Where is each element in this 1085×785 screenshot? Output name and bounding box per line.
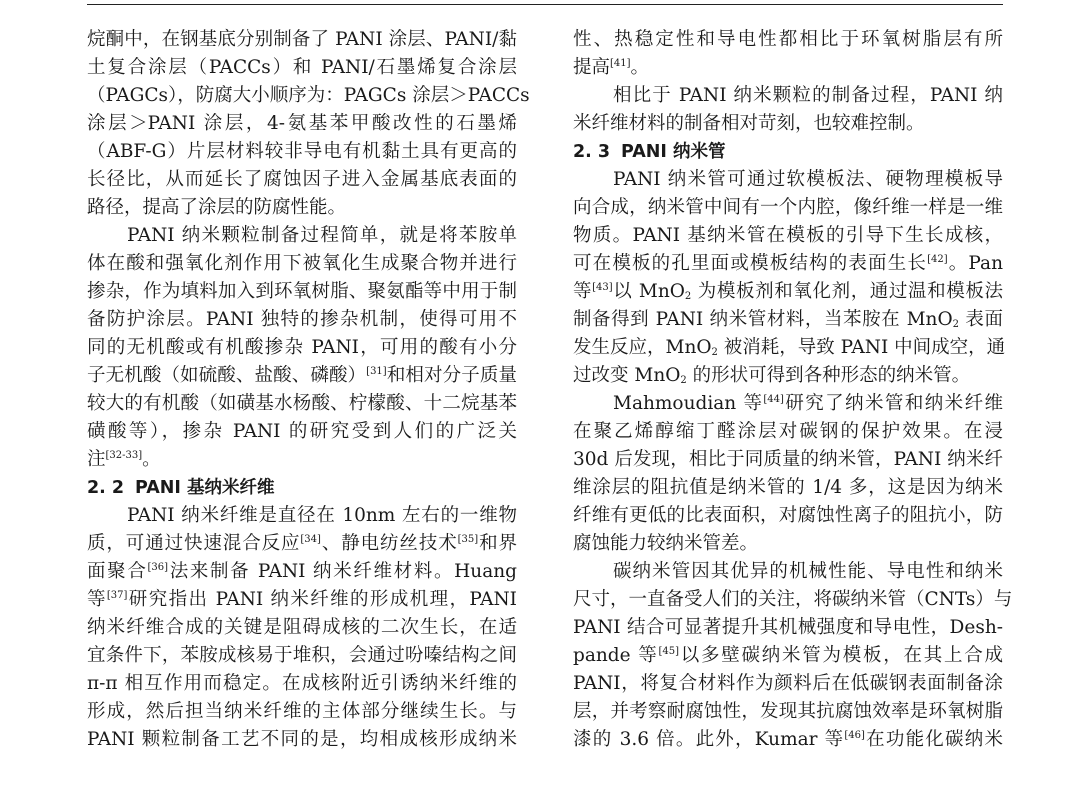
citation: [46] [844,730,865,741]
text-line: PANI 纳米纤维是直径在 10nm 左右的一维物 [87,502,517,530]
text-line: 30d 后发现，相比于同质量的纳米管，PANI 纳米纤 [573,446,1003,474]
text-fragment: 法来制备 PANI 纳米纤维材料。Huang [168,561,517,582]
text-line: 过改变 MnO2 的形状可得到各种形态的纳米管。 [573,362,1003,390]
section-number: 2. 3 [573,138,621,166]
text-line: 质，可通过快速混合反应[34]、静电纺丝技术[35]和界 [87,530,517,558]
text-line: 注[32-33]。 [87,446,517,474]
citation: [31] [366,366,387,377]
text-fragment: 可在模板的孔里面或模板结构的表面生长 [573,253,927,274]
text-line: PANI 结合可显著提升其机械强度和导电性，Desh- [573,614,1003,642]
text-line: 层，并考察耐腐蚀性，发现其抗腐蚀效率是环氧树脂 [573,698,1003,726]
citation: [43] [592,282,613,293]
text-line: 备防护涂层。PANI 独特的掺杂机制，使得可用不 [87,306,517,334]
right-column: 性、热稳定性和导电性都相比于环氧树脂层有所 提高[41]。 相比于 PANI 纳… [573,26,1003,754]
citation: [36] [148,562,169,573]
text-line: 腐蚀能力较纳米管差。 [573,530,1003,558]
text-line: 纳米纤维合成的关键是阻碍成核的二次生长，在适 [87,614,517,642]
text-fragment: 研究指出 PANI 纳米纤维的形成机理，PANI [127,589,517,610]
citation: [44] [763,394,784,405]
text-line: 土复合涂层（PACCs）和 PANI/石墨烯复合涂层 [87,54,517,82]
text-line: 长径比，从而延长了腐蚀因子进入金属基底表面的 [87,166,517,194]
text-fragment: 以 MnO [613,281,685,302]
text-line: PANI 颗粒制备工艺不同的是，均相成核形成纳米 [87,726,517,754]
text-fragment: 研究了纳米管和纳米纤维 [784,393,1003,414]
header-rule [87,4,1003,5]
text-line: 宜条件下，苯胺成核易于堆积，会通过吩嗪结构之间 [87,642,517,670]
text-line: 向合成，纳米管中间有一个内腔，像纤维一样是一维 [573,194,1003,222]
text-line: 物质。PANI 基纳米管在模板的引导下生长成核， [573,222,1003,250]
text-fragment: 。 [142,449,161,470]
text-line: 涂层＞PANI 涂层，4-氨基苯甲酸改性的石墨烯 [87,110,517,138]
text-line: （PAGCs），防腐大小顺序为：PAGCs 涂层＞PACCs [87,82,517,110]
text-fragment: 的形状可得到各种形态的纳米管。 [687,365,970,386]
section-title: PANI 基纳米纤维 [135,478,275,498]
text-line: PANI 纳米颗粒制备过程简单，就是将苯胺单 [87,222,517,250]
text-line: 提高[41]。 [573,54,1003,82]
text-line: 纤维有更低的比表面积，对腐蚀性离子的阻抗小，防 [573,502,1003,530]
text-line: 形成，然后担当纳米纤维的主体部分继续生长。与 [87,698,517,726]
text-line: （ABF-G）片层材料较非导电有机黏土具有更高的 [87,138,517,166]
text-fragment: 和界 [478,533,517,554]
paragraph-nanofibers: PANI 纳米纤维是直径在 10nm 左右的一维物 质，可通过快速混合反应[34… [87,502,517,754]
section-title: PANI 纳米管 [621,142,726,162]
text-line: 等[37]研究指出 PANI 纳米纤维的形成机理，PANI [87,586,517,614]
paragraph-comparison: 相比于 PANI 纳米颗粒的制备过程，PANI 纳 米纤维材料的制备相对苛刻，也… [573,82,1003,138]
text-line: pande 等[45]以多壁碳纳米管为模板，在其上合成 [573,642,1003,670]
citation: [42] [927,254,948,265]
text-fragment: 过改变 MnO [573,365,680,386]
text-line: 在聚乙烯醇缩丁醛涂层对碳钢的保护效果。在浸 [573,418,1003,446]
text-line: 米纤维材料的制备相对苛刻，也较难控制。 [573,110,1003,138]
text-line: PANI，将复合材料作为颜料后在低碳钢表面制备涂 [573,670,1003,698]
text-line: 路径，提高了涂层的防腐性能。 [87,194,517,222]
text-fragment: 被消耗，导致 PANI 中间成空，通 [718,337,1005,358]
citation: [34] [300,534,321,545]
left-column: 烷酮中，在钢基底分别制备了 PANI 涂层、PANI/黏 土复合涂层（PACCs… [87,26,517,754]
text-fragment: 为模板剂和氧化剂，通过温和模板法 [691,281,1003,302]
text-line: 同的无机酸或有机酸掺杂 PANI，可用的酸有小分 [87,334,517,362]
text-line: 可在模板的孔里面或模板结构的表面生长[42]。Pan [573,250,1003,278]
text-line: 相比于 PANI 纳米颗粒的制备过程，PANI 纳 [573,82,1003,110]
citation: [35] [458,534,479,545]
text-fragment: 等 [87,589,107,610]
section-number: 2. 2 [87,474,135,502]
text-line: 碳纳米管因其优异的机械性能、导电性和纳米 [573,558,1003,586]
text-line: Mahmoudian 等[44]研究了纳米管和纳米纤维 [573,390,1003,418]
paragraph-continuation: 烷酮中，在钢基底分别制备了 PANI 涂层、PANI/黏 土复合涂层（PACCs… [87,26,517,222]
citation: [41] [610,58,631,69]
text-fragment: 漆的 3.6 倍。此外，Kumar 等 [573,729,844,750]
text-fragment: 子无机酸（如硫酸、盐酸、磷酸） [87,365,366,386]
text-fragment: 表面 [959,309,1003,330]
text-fragment: 。 [631,57,650,78]
text-fragment: 在功能化碳纳米 [865,729,1003,750]
paragraph-cnts: 碳纳米管因其优异的机械性能、导电性和纳米 尺寸，一直备受人们的关注，将碳纳米管（… [573,558,1003,754]
citation: [37] [107,590,128,601]
section-heading-2-2: 2. 2PANI 基纳米纤维 [87,474,517,502]
text-fragment: Mahmoudian 等 [613,393,763,414]
citation: [32-33] [106,450,143,461]
text-fragment: 以多壁碳纳米管为模板，在其上合成 [679,645,1003,666]
text-line: π-π 相互作用而稳定。在成核附近引诱纳米纤维的 [87,670,517,698]
text-fragment: 。Pan [948,253,1003,274]
text-line: 较大的有机酸（如磺基水杨酸、柠檬酸、十二烷基苯 [87,390,517,418]
citation: [45] [658,646,679,657]
text-fragment: 、静电纺丝技术 [321,533,458,554]
text-fragment: 提高 [573,57,610,78]
text-line: PANI 纳米管可通过软模板法、硬物理模板导 [573,166,1003,194]
text-line: 掺杂，作为填料加入到环氧树脂、聚氨酯等中用于制 [87,278,517,306]
text-line: 性、热稳定性和导电性都相比于环氧树脂层有所 [573,26,1003,54]
text-line: 制备得到 PANI 纳米管材料，当苯胺在 MnO2 表面 [573,306,1003,334]
text-fragment: 和相对分子质量 [387,365,517,386]
text-fragment: 制备得到 PANI 纳米管材料，当苯胺在 MnO [573,309,953,330]
paragraph-nanoparticles: PANI 纳米颗粒制备过程简单，就是将苯胺单 体在酸和强氧化剂作用下被氧化生成聚… [87,222,517,474]
section-heading-2-3: 2. 3PANI 纳米管 [573,138,1003,166]
text-line: 等[43]以 MnO2 为模板剂和氧化剂，通过温和模板法 [573,278,1003,306]
text-line: 面聚合[36]法来制备 PANI 纳米纤维材料。Huang [87,558,517,586]
paragraph-nanotubes: PANI 纳米管可通过软模板法、硬物理模板导 向合成，纳米管中间有一个内腔，像纤… [573,166,1003,390]
paragraph-mahmoudian: Mahmoudian 等[44]研究了纳米管和纳米纤维 在聚乙烯醇缩丁醛涂层对碳… [573,390,1003,558]
text-line: 漆的 3.6 倍。此外，Kumar 等[46]在功能化碳纳米 [573,726,1003,754]
text-fragment: 质，可通过快速混合反应 [87,533,300,554]
text-fragment: 等 [573,281,592,302]
text-fragment: 注 [87,449,106,470]
text-line: 体在酸和强氧化剂作用下被氧化生成聚合物并进行 [87,250,517,278]
text-fragment: pande 等 [573,645,658,666]
text-line: 发生反应，MnO2 被消耗，导致 PANI 中间成空，通 [573,334,1003,362]
text-line: 尺寸，一直备受人们的关注，将碳纳米管（CNTs）与 [573,586,1003,614]
text-fragment: 面聚合 [87,561,148,582]
paragraph-continuation: 性、热稳定性和导电性都相比于环氧树脂层有所 提高[41]。 [573,26,1003,82]
text-line: 烷酮中，在钢基底分别制备了 PANI 涂层、PANI/黏 [87,26,517,54]
text-line: 子无机酸（如硫酸、盐酸、磷酸）[31]和相对分子质量 [87,362,517,390]
text-line: 维涂层的阻抗值是纳米管的 1/4 多，这是因为纳米 [573,474,1003,502]
text-fragment: 发生反应，MnO [573,337,712,358]
text-line: 磺酸等），掺杂 PANI 的研究受到人们的广泛关 [87,418,517,446]
